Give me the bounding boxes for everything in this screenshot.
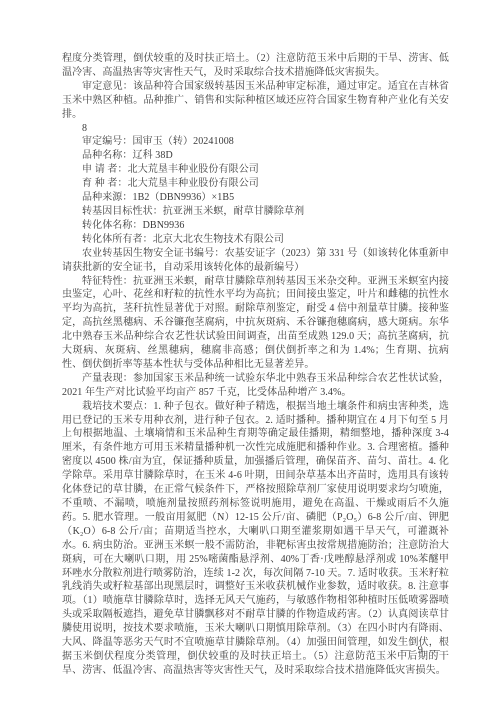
document-page: 程度分类管理，倒伏较重的及时扶正培土。（2）注意防范玉米中后期的干旱、涝害、低温… bbox=[0, 0, 500, 706]
field-transformant-owner: 转化体所有者：北京大北农生物技术有限公司 bbox=[62, 233, 449, 247]
field-variety-name: 品种名称：辽科 38D bbox=[62, 149, 449, 163]
field-gm-target-trait: 转基因目标性状：抗亚洲玉米螟，耐草甘膦除草剂 bbox=[62, 205, 449, 219]
para-approval-opinion: 审定意见：该品种符合国家级转基因玉米品种审定标准，通过审定。适宜在吉林省玉米中熟… bbox=[62, 80, 449, 122]
para-safety-certificate: 农业转基因生物安全证书编号：农基安证字（2023）第 331 号（如该转化体重新… bbox=[62, 247, 449, 275]
field-transformant-name: 转化体名称：DBN9936 bbox=[62, 219, 449, 233]
para-continuation: 程度分类管理，倒伏较重的及时扶正培土。（2）注意防范玉米中后期的干旱、涝害、低温… bbox=[62, 52, 449, 80]
field-approval-number: 审定编号：国审玉（转）20241008 bbox=[62, 135, 449, 149]
document-body: 程度分类管理，倒伏较重的及时扶正培土。（2）注意防范玉米中后期的干旱、涝害、低温… bbox=[62, 52, 449, 678]
para-cultivation-techniques: 栽培技术要点：1. 种子包衣。做好种子精选，根据当地土壤条件和病虫害种类，选用已… bbox=[62, 400, 449, 678]
field-variety-source: 品种来源：1B2（DBN9936）×1B5 bbox=[62, 191, 449, 205]
field-breeder: 育 种 者：北大荒垦丰种业股份有限公司 bbox=[62, 177, 449, 191]
entry-index: 8 bbox=[62, 122, 449, 136]
para-characteristics: 特征特性：抗亚洲玉米螟，耐草甘膦除草剂转基因玉米杂交种。亚洲玉米螟室内接虫鉴定，… bbox=[62, 275, 449, 372]
page-number: — 9 — bbox=[401, 645, 443, 656]
field-applicant: 申 请 者：北大荒垦丰种业股份有限公司 bbox=[62, 163, 449, 177]
para-yield-performance: 产量表现：参加国家玉米品种统一试验东华北中熟春玉米品种综合农艺性状试验，2021… bbox=[62, 372, 449, 400]
